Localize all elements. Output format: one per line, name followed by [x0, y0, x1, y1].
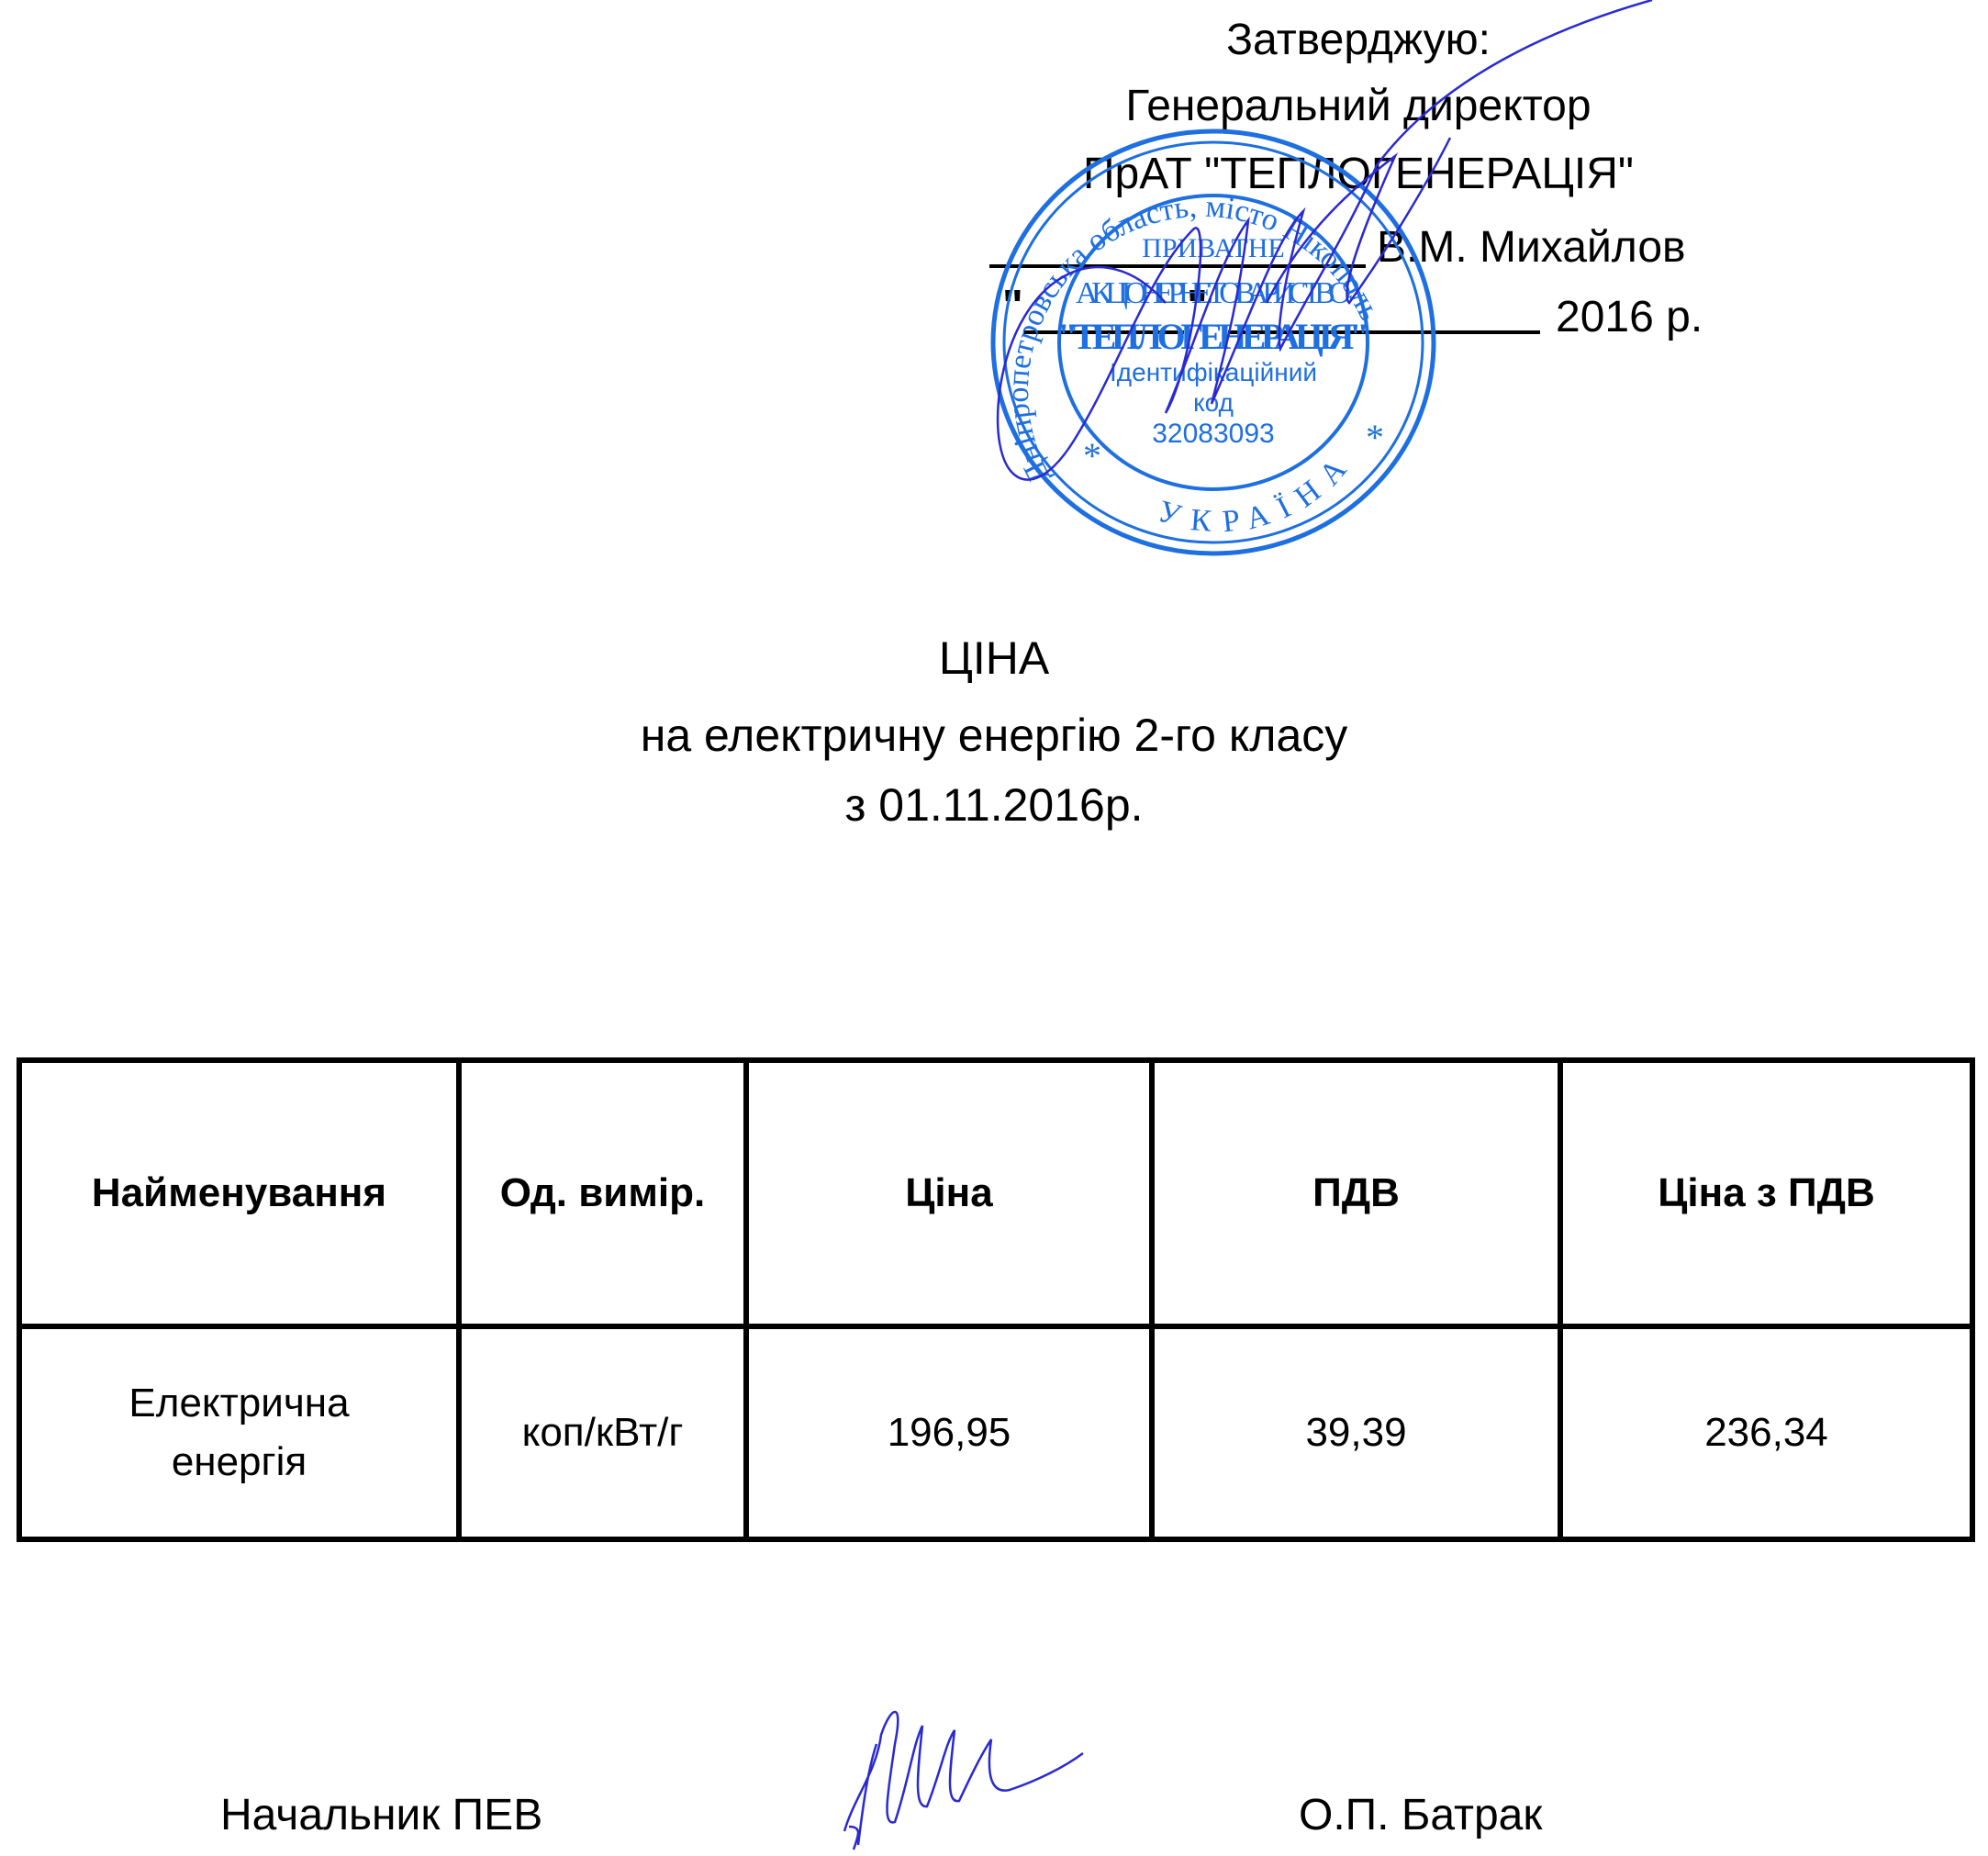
header-price: Ціна — [746, 1060, 1152, 1326]
table-header-row: Найменування Од. вимір. Ціна ПДВ Ціна з … — [19, 1060, 1972, 1326]
section-head-signature — [844, 1712, 1083, 1850]
approval-position: Генеральний директор — [1010, 84, 1707, 129]
header-unit: Од. вимір. — [459, 1060, 746, 1326]
approval-heading: Затверджую: — [1010, 18, 1707, 62]
date-year: 2016 р. — [1556, 292, 1703, 342]
document-title: ЦІНА — [0, 635, 1988, 681]
header-price-with-vat: Ціна з ПДВ — [1560, 1060, 1972, 1326]
approval-signatory: В.М. Михайлов — [1377, 222, 1686, 273]
stamp-line3: "ТЕПЛОГЕНЕРАЦІЯ" — [1057, 316, 1369, 357]
document-effective-date: з 01.11.2016р. — [0, 782, 1988, 828]
cell-price-with-vat: 236,34 — [1560, 1326, 1972, 1539]
stamp-ring-text: Дніпропетровська область, місто Нікополь — [1001, 190, 1387, 489]
svg-text:УКРАЇНА: УКРАЇНА — [1154, 443, 1361, 540]
stamp-bottom-text: УКРАЇНА — [1154, 443, 1361, 540]
stamp-star-right: * — [1366, 417, 1384, 458]
document-subtitle: на електричну енергію 2-го класу — [0, 712, 1988, 758]
stamp-line2: АКЦІОНЕРНЕ ТОВАРИСТВО — [1076, 276, 1351, 310]
cell-name: Електрична енергія — [19, 1326, 459, 1539]
stamp-line4: Ідентифікаційний — [1110, 358, 1317, 386]
cell-name-line2: енергія — [172, 1439, 307, 1484]
footer-name: О.П. Батрак — [1299, 1790, 1542, 1840]
cell-price: 196,95 — [746, 1326, 1152, 1539]
stamp-line5: код — [1193, 388, 1234, 417]
stamp-line1: ПРИВАТНЕ — [1142, 233, 1284, 263]
table-row: Електрична енергія коп/кВт/г 196,95 39,3… — [19, 1326, 1972, 1539]
approval-company: ПрАТ "ТЕПЛОГЕНЕРАЦІЯ" — [1010, 152, 1707, 196]
date-month-line — [1228, 330, 1540, 334]
date-day-line — [1023, 330, 1184, 334]
stamp-star-left: * — [1083, 435, 1101, 476]
signature-line — [989, 264, 1366, 268]
cell-vat: 39,39 — [1152, 1326, 1560, 1539]
cell-unit: коп/кВт/г — [459, 1326, 746, 1539]
date-open-quote: " — [1002, 281, 1023, 331]
date-close-quote: " — [1187, 281, 1208, 331]
cell-name-line1: Електрична — [128, 1381, 349, 1426]
header-vat: ПДВ — [1152, 1060, 1560, 1326]
stamp-code: 32083093 — [1152, 419, 1274, 449]
footer-position: Начальник ПЕВ — [220, 1790, 542, 1840]
price-table: Найменування Од. вимір. Ціна ПДВ Ціна з … — [17, 1057, 1975, 1542]
header-name: Найменування — [19, 1060, 459, 1326]
company-stamp: Дніпропетровська область, місто Нікополь… — [0, 0, 1988, 1856]
